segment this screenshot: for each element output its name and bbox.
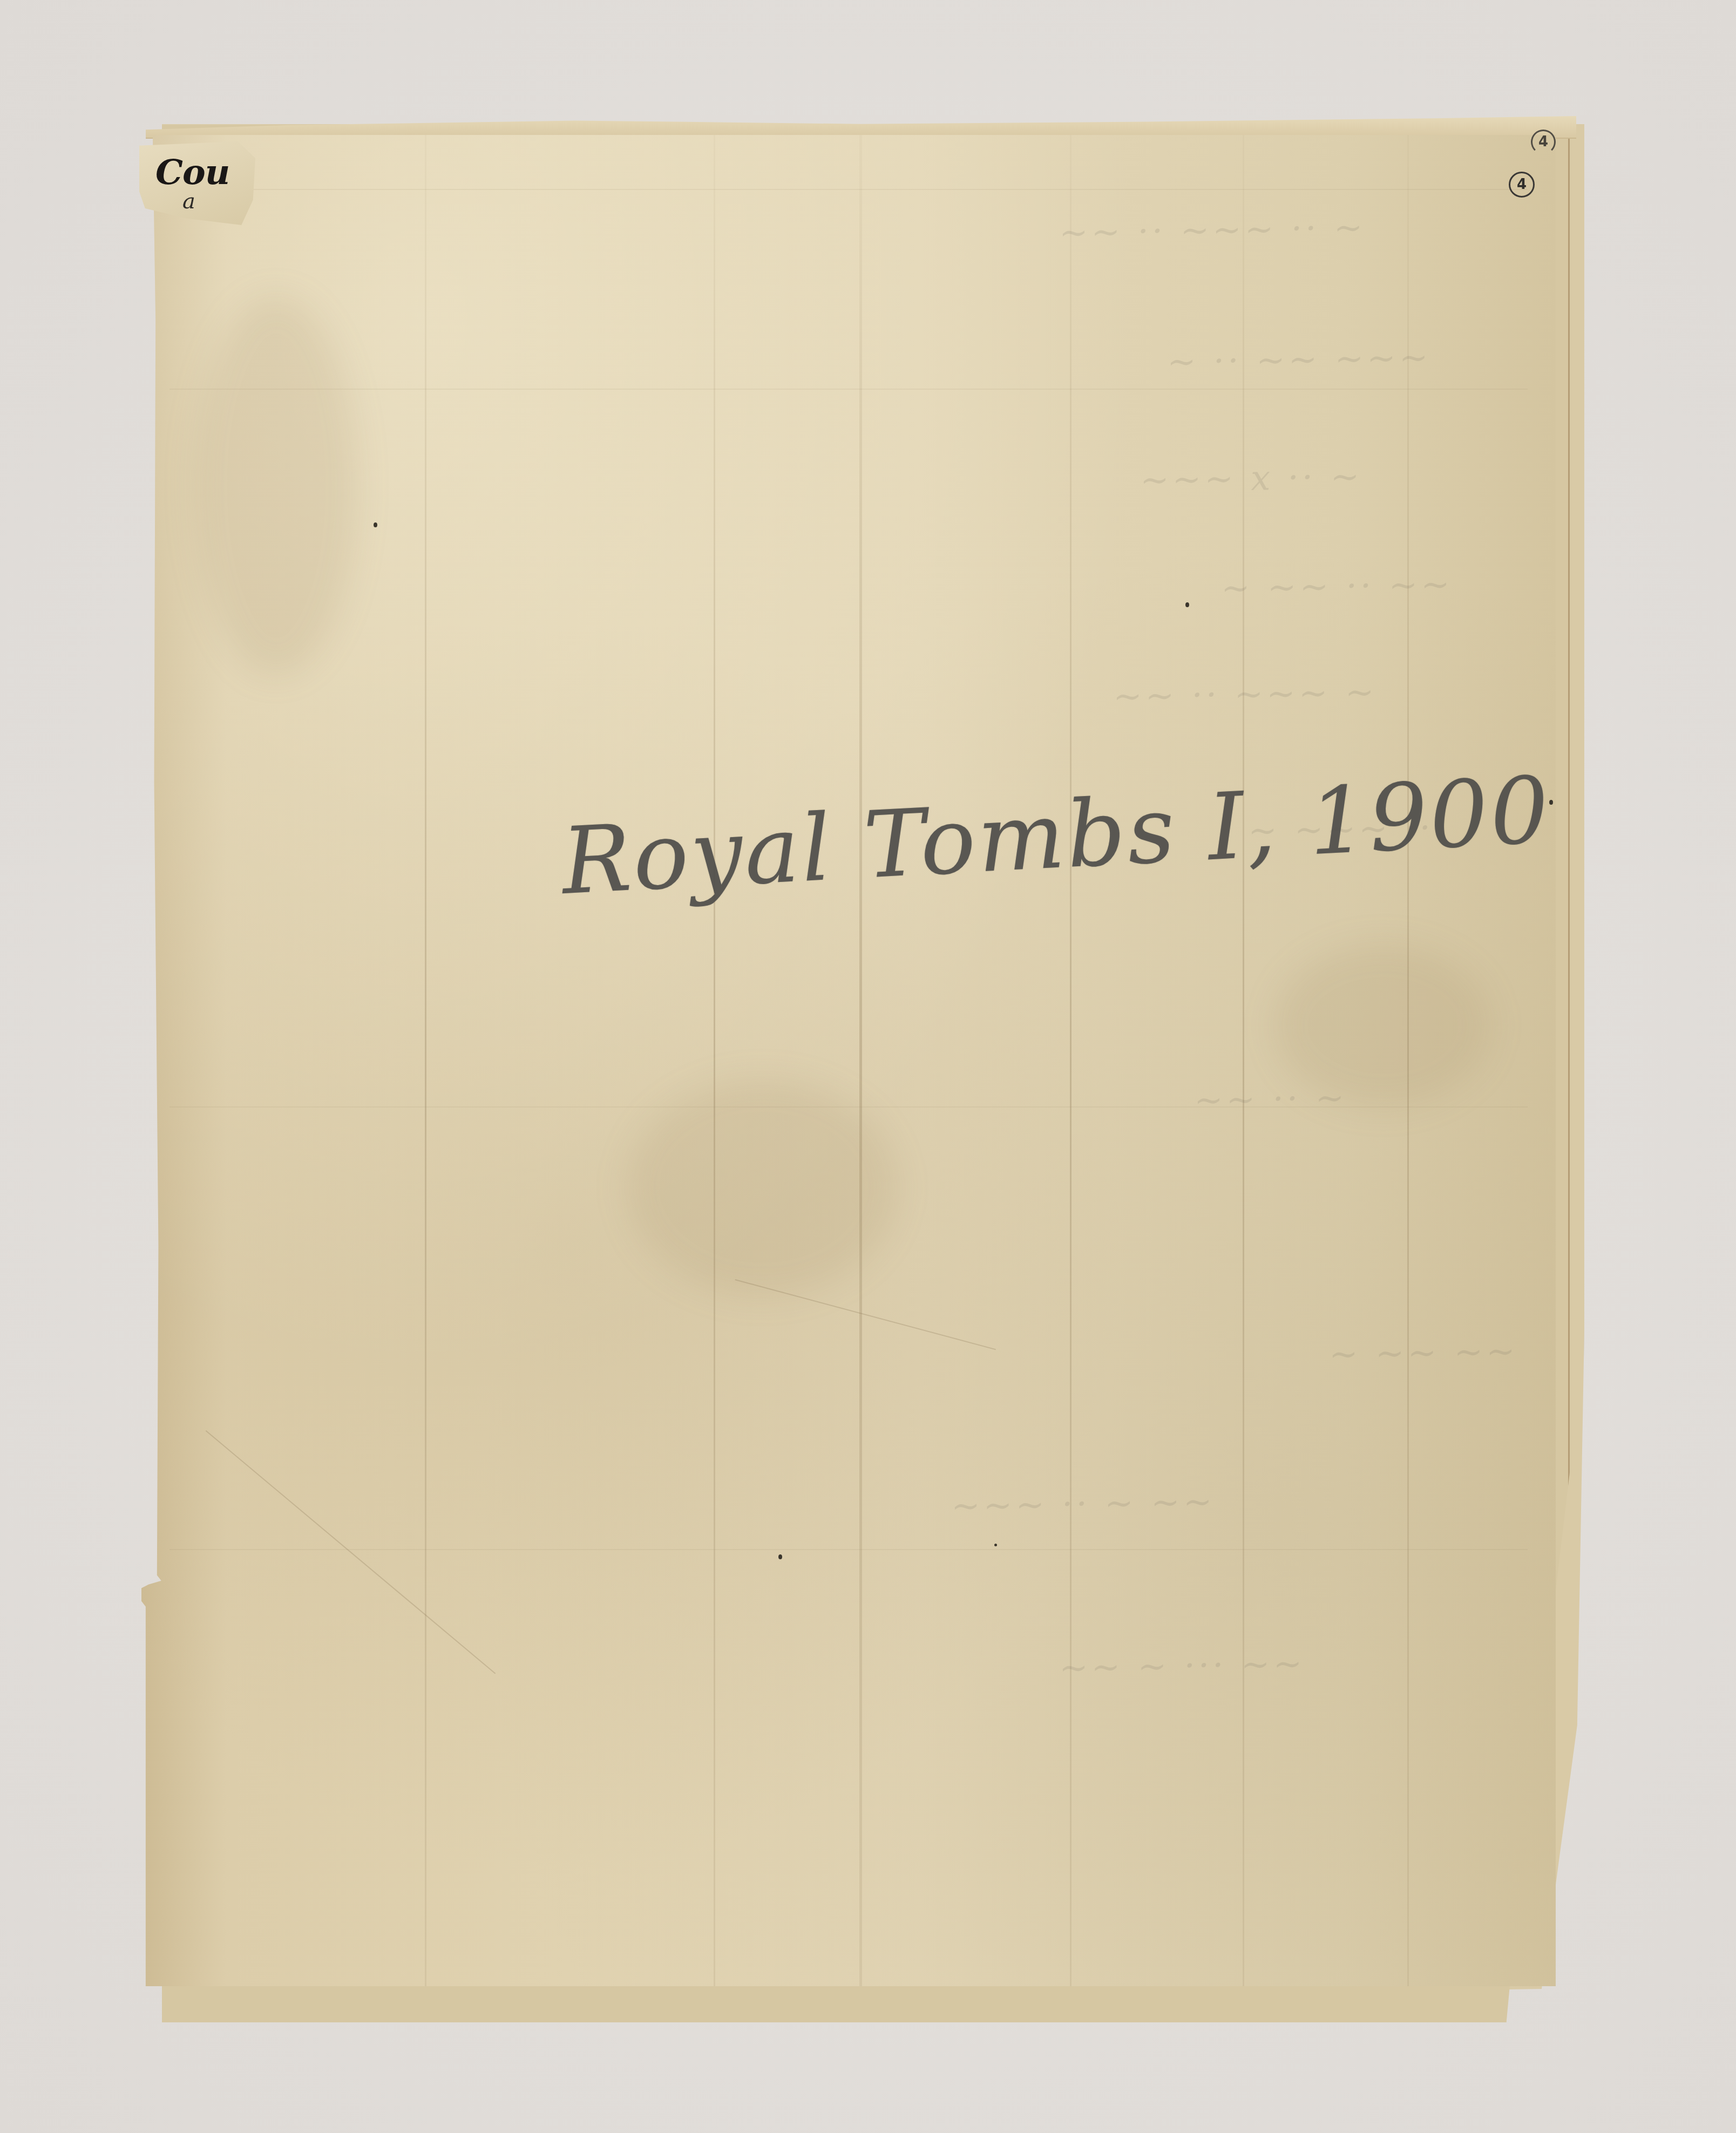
bleed-through-text: ~~ ~ ··· ~~: [1059, 1644, 1305, 1688]
bleed-through-text: ~~ ·· ~~~ ·· ~: [1059, 208, 1366, 253]
page-number-back-sheet: 4: [1531, 130, 1556, 154]
manuscript-cover-sheet: ~~ ·· ~~~ ·· ~ ~ ·· ~~ ~~~ ~~~ x ·· ~ ~ …: [141, 135, 1556, 1986]
center-fold: [859, 135, 862, 1986]
label-handwriting-line1: Cou: [155, 152, 229, 193]
bleed-through-text: ~ ~~ ·· ~~: [1220, 565, 1453, 608]
ink-speck: [778, 1554, 782, 1559]
ink-speck: [374, 522, 377, 527]
horizontal-rule: [169, 1549, 1527, 1550]
scan-backdrop: ~~ ·· ~~~ ·· ~ ~ ·· ~~ ~~~ ~~~ x ·· ~ ~ …: [0, 0, 1736, 2133]
bleed-through-text: ~ ~~ ~~: [1328, 1332, 1518, 1375]
column-rule: [1243, 135, 1244, 1986]
horizontal-rule: [169, 189, 1527, 190]
label-handwriting-line2: a: [182, 189, 195, 214]
bleed-through-text: ~~~ ·· ~ ~~: [951, 1482, 1216, 1527]
paper-stain: [627, 1079, 897, 1295]
page-number-front-sheet: 4: [1509, 172, 1535, 198]
paper-crease: [735, 1279, 995, 1350]
column-rule: [714, 135, 715, 1986]
bleed-through-text: ~ ·· ~~ ~~~: [1167, 338, 1432, 383]
bleed-through-text: ~~~ x ·· ~: [1140, 457, 1363, 500]
paper-stain: [195, 297, 357, 675]
horizontal-rule: [169, 389, 1527, 390]
column-rule: [1070, 135, 1072, 1986]
paper-crease: [206, 1430, 496, 1674]
column-rule: [425, 135, 426, 1986]
bleed-through-text: ~~ ·· ~~~ ~: [1113, 672, 1378, 717]
ink-speck: [994, 1544, 997, 1546]
paper-stain: [1275, 945, 1491, 1106]
ink-speck: [1185, 602, 1189, 607]
